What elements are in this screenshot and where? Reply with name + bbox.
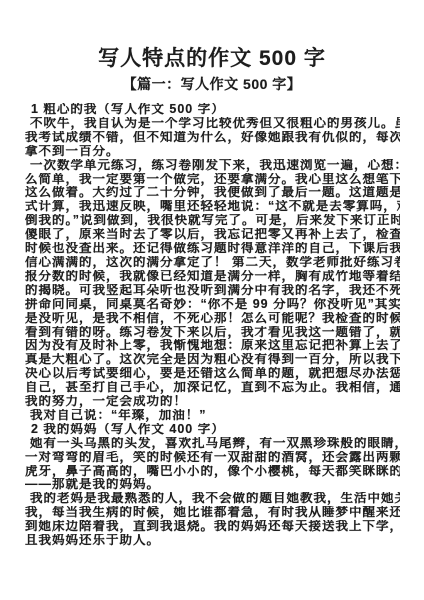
text-line: 不吹牛，我自认为是一个学习比较优秀但又很粗心的男孩儿。虽然 [25, 117, 400, 131]
text-line: ——那就是我的妈妈。 [25, 478, 400, 492]
text-line: 是没听见，是我不相信，不死心那！怎么可能呢？我检查的时候没 [25, 312, 400, 326]
text-line: 么简单，我一定要第一个做完，还要拿满分。我心里这么想笔下也 [25, 173, 400, 187]
text-line: 式计算，我迅速反映，嘴里还轻轻地说：“这不就是去零算吗，难不 [25, 200, 400, 214]
text-line: 1 粗心的我（写人作文 500 字） [25, 103, 400, 117]
text-line: 2 我的妈妈（写人作文 400 字） [25, 423, 400, 437]
text-line: 这么做着。大约过了二十分钟，我便做到了最后一题。这道题是竖 [25, 186, 400, 200]
text-line: 她有一头乌黑的头发，喜欢扎马尾辫，有一双黑珍珠般的眼睛，有 [25, 437, 400, 451]
text-line: 拼命问同桌，同桌莫名奇妙：“你不是 99 分吗？你没听见”其实我哪 [25, 298, 400, 312]
text-line: 我对自己说：“年璨，加油！” [25, 409, 400, 423]
text-line: 拿不到一百分。 [25, 145, 400, 159]
document-body: 1 粗心的我（写人作文 500 字） 不吹牛，我自认为是一个学习比较优秀但又很粗… [25, 103, 400, 548]
text-line: 一对弯弯的眉毛，笑的时候还有一双甜甜的酒窝，还会露出两颗小 [25, 451, 400, 465]
essay-document-page: 写人特点的作文 500 字 【篇一：写人作文 500 字】 1 粗心的我（写人作… [0, 0, 424, 600]
text-line: 傻眼了，原来当时去了零以后，我忘记把零又再补上去了，检查的 [25, 228, 400, 242]
text-line: 的揭晓。可我竖起耳朵听也没听到满分中有我的名字，我还不死心， [25, 284, 400, 298]
text-line: 我，每当我生病的时候，她比谁都着急，有时我从睡梦中醒来还看 [25, 506, 400, 520]
text-line: 我考试成绩不错，但不知道为什么，好像她跟我有仇似的，每次都 [25, 131, 400, 145]
text-line: 信心满满的，这次的满分拿定了！ 第二天，数学老师批好练习卷了， [25, 256, 400, 270]
text-line: 决心以后考试要细心，要是还错这么简单的题，就把想尽办法惩罚 [25, 367, 400, 381]
text-line: 我的老妈是我最熟悉的人，我不会做的题目她教我，生活中她关心 [25, 492, 400, 506]
document-subtitle: 【篇一：写人作文 500 字】 [0, 75, 424, 93]
text-line: 倒我的。”说到做到，我很快就写完了。可是，后来发下来订正时我 [25, 214, 400, 228]
text-line: 我的努力，一定会成功的！ [25, 395, 400, 409]
text-line: 真是大粗心了。这次完全是因为粗心没有得到一百分，所以我下定 [25, 353, 400, 367]
text-line: 看到有错的呀。练习卷发下来以后，我才看见我这一题错了，就是 [25, 326, 400, 340]
text-line: 报分数的时候，我就像已经知道是满分一样，胸有成竹地等着结果 [25, 270, 400, 284]
text-line: 且我妈妈还乐于助人。 [25, 534, 400, 548]
text-line: 一次数学单元练习，练习卷刚发下来，我迅速浏览一遍，心想：这 [25, 159, 400, 173]
text-line: 到她床边陪着我，直到我退烧。我的妈妈还每天接送我上下学，而 [25, 520, 400, 534]
text-line: 因为没有及时补上零，我惭愧地想：原来这里忘记把补算上去了， [25, 339, 400, 353]
document-title: 写人特点的作文 500 字 [0, 45, 424, 73]
text-line: 虎牙，鼻子高高的，嘴巴小小的，像个小樱桃，每天都笑眯眯的。 [25, 465, 400, 479]
text-line: 自己，甚至打自己手心，加深记忆，直到不忘为止。我相信，通过 [25, 381, 400, 395]
text-line: 时候也没查出来。还记得做练习题时得意洋洋的自己，下课后我还 [25, 242, 400, 256]
